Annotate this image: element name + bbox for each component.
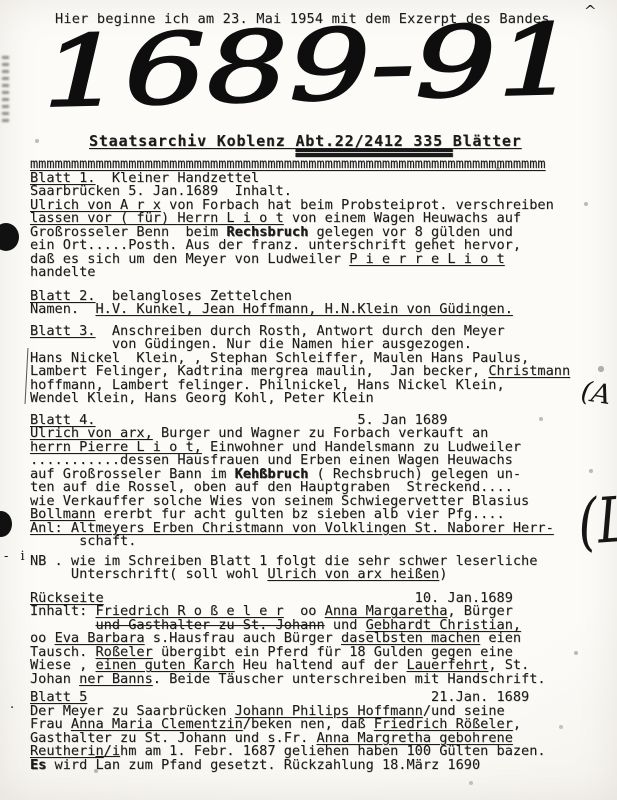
plain-text: Wendel Klein, Hans Georg Kohl, Peter Kle…	[30, 390, 374, 406]
big-year-heading: 1689-91	[39, 22, 617, 124]
text-line: schaft.	[30, 535, 617, 549]
emphasized-text: Es	[30, 757, 46, 773]
margin-dot-mark: .	[10, 697, 14, 712]
typewritten-body: Staatsarchiv Koblenz Abt.22/2412 335 Blä…	[0, 133, 617, 772]
plain-text: schaft.	[30, 533, 136, 549]
text-line: Es wird Lan zum Pfand gesetzt. Rückzahlu…	[30, 759, 617, 773]
margin-dash-mark: - i	[4, 549, 29, 564]
text-line: Namen. H.V. Kunkel, Jean Hoffmann, H.N.K…	[30, 303, 617, 317]
scan-speckles	[0, 0, 2, 2]
scan-bleed-smudge	[2, 56, 9, 122]
plain-text: Johan	[30, 671, 79, 687]
plain-text: zum Pfand gesetzt. Rückzahlung 18.März 1…	[120, 757, 480, 773]
emphasized-text: Abt.22/2412 335	[295, 132, 452, 150]
plain-text: ,	[513, 716, 521, 732]
big-year-figure: 1689-91	[39, 23, 586, 124]
margin-caret-mark: ^	[584, 2, 597, 20]
plain-text	[30, 132, 89, 150]
emphasized-text: ner Banns	[79, 671, 153, 687]
plain-text: )	[439, 566, 447, 582]
emphasized-text: Staatsarchiv Koblenz	[89, 132, 295, 150]
plain-text: Namen.	[30, 301, 95, 317]
margin-annotation-a: (A	[579, 376, 614, 411]
text-line: Wendel Klein, Hans Georg Kohl, Peter Kle…	[30, 392, 617, 406]
text-line: Unterschrift( soll wohl Ulrich von arx h…	[30, 568, 617, 582]
plain-text: . Beide Täuscher unterschreiben mit Hand…	[153, 671, 546, 687]
emphasized-text: H.V. Kunkel, Jean Hoffmann, H.N.Klein vo…	[95, 301, 512, 317]
text-line: Staatsarchiv Koblenz Abt.22/2412 335 Blä…	[30, 133, 617, 150]
emphasized-text: Lan	[95, 757, 120, 773]
document-page: Hier beginne ich am 23. Mai 1954 mit dem…	[0, 0, 617, 800]
text-line: handelte	[30, 266, 617, 280]
plain-text: Unterschrift( soll wohl	[30, 566, 267, 582]
text-line: Johan ner Banns. Beide Täuscher untersch…	[30, 673, 617, 687]
plain-text: handelte	[30, 264, 95, 280]
emphasized-text: Ulrich von arx heißen	[267, 566, 439, 582]
text-line: daß es sich um den Meyer von Ludweiler P…	[30, 253, 617, 267]
margin-annotation-flourish: (L	[576, 483, 617, 559]
plain-text: wird	[46, 757, 95, 773]
emphasized-text: P i e r r e L i o t	[349, 251, 505, 267]
big-year-text: 1689-91	[41, 3, 581, 129]
emphasized-text: Blätter	[453, 132, 522, 150]
